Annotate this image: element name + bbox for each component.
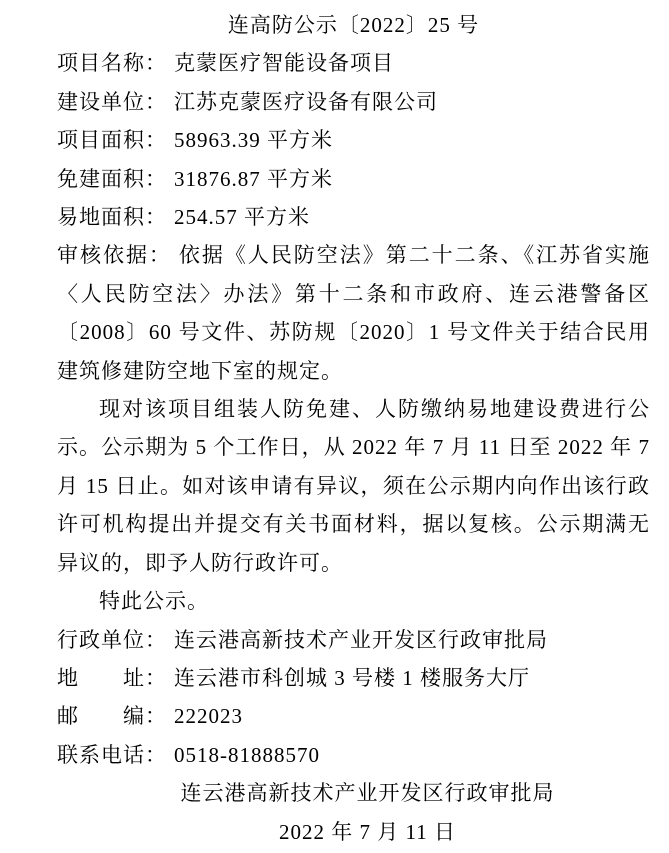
field-offsite-area: 易地面积：254.57 平方米 [57,198,650,236]
contact-admin-unit-value: 连云港高新技术产业开发区行政审批局 [174,628,548,652]
contact-admin-unit: 行政单位：连云港高新技术产业开发区行政审批局 [57,621,650,659]
field-project-name-value: 克蒙医疗智能设备项目 [174,51,394,75]
field-exempted-area-label: 免建面积： [57,167,167,191]
field-exempted-area: 免建面积：31876.87 平方米 [57,160,650,198]
notice-body-paragraph: 现对该项目组装人防免建、人防缴纳易地建设费进行公示。公示期为 5 个工作日，从 … [57,390,650,582]
field-project-name-label: 项目名称： [57,51,167,75]
field-project-area-label: 项目面积： [57,128,167,152]
contact-phone: 联系电话：0518-81888570 [57,736,650,774]
contact-address-label: 地 址： [57,666,167,690]
field-offsite-area-label: 易地面积： [57,205,167,229]
field-construction-unit-label: 建设单位： [57,90,167,114]
contact-postcode-label: 邮 编： [57,704,167,728]
contact-address: 地 址：连云港市科创城 3 号楼 1 楼服务大厅 [57,659,650,697]
issue-date: 2022 年 7 月 11 日 [57,813,650,851]
contact-postcode-value: 222023 [174,704,243,728]
document-title: 连高防公示〔2022〕25 号 [57,6,650,44]
field-exempted-area-value: 31876.87 平方米 [174,167,333,191]
review-basis-paragraph: 审核依据：依据《人民防空法》第二十二条、《江苏省实施〈人民防空法〉办法》第十二条… [57,236,650,390]
contact-phone-value: 0518-81888570 [174,743,320,767]
field-project-area: 项目面积：58963.39 平方米 [57,121,650,159]
field-project-name: 项目名称：克蒙医疗智能设备项目 [57,44,650,82]
hereby-announced-line: 特此公示。 [57,582,650,620]
notice-document: 连高防公示〔2022〕25 号 项目名称：克蒙医疗智能设备项目 建设单位：江苏克… [0,0,669,853]
field-construction-unit-value: 江苏克蒙医疗设备有限公司 [174,90,438,114]
field-offsite-area-value: 254.57 平方米 [174,205,310,229]
field-construction-unit: 建设单位：江苏克蒙医疗设备有限公司 [57,83,650,121]
contact-postcode: 邮 编：222023 [57,697,650,735]
issuing-authority-signature: 连云港高新技术产业开发区行政审批局 [57,774,650,812]
contact-address-value: 连云港市科创城 3 号楼 1 楼服务大厅 [174,666,530,690]
contact-phone-label: 联系电话： [57,743,167,767]
review-basis-label: 审核依据： [57,243,172,267]
contact-admin-unit-label: 行政单位： [57,628,167,652]
field-project-area-value: 58963.39 平方米 [174,128,333,152]
